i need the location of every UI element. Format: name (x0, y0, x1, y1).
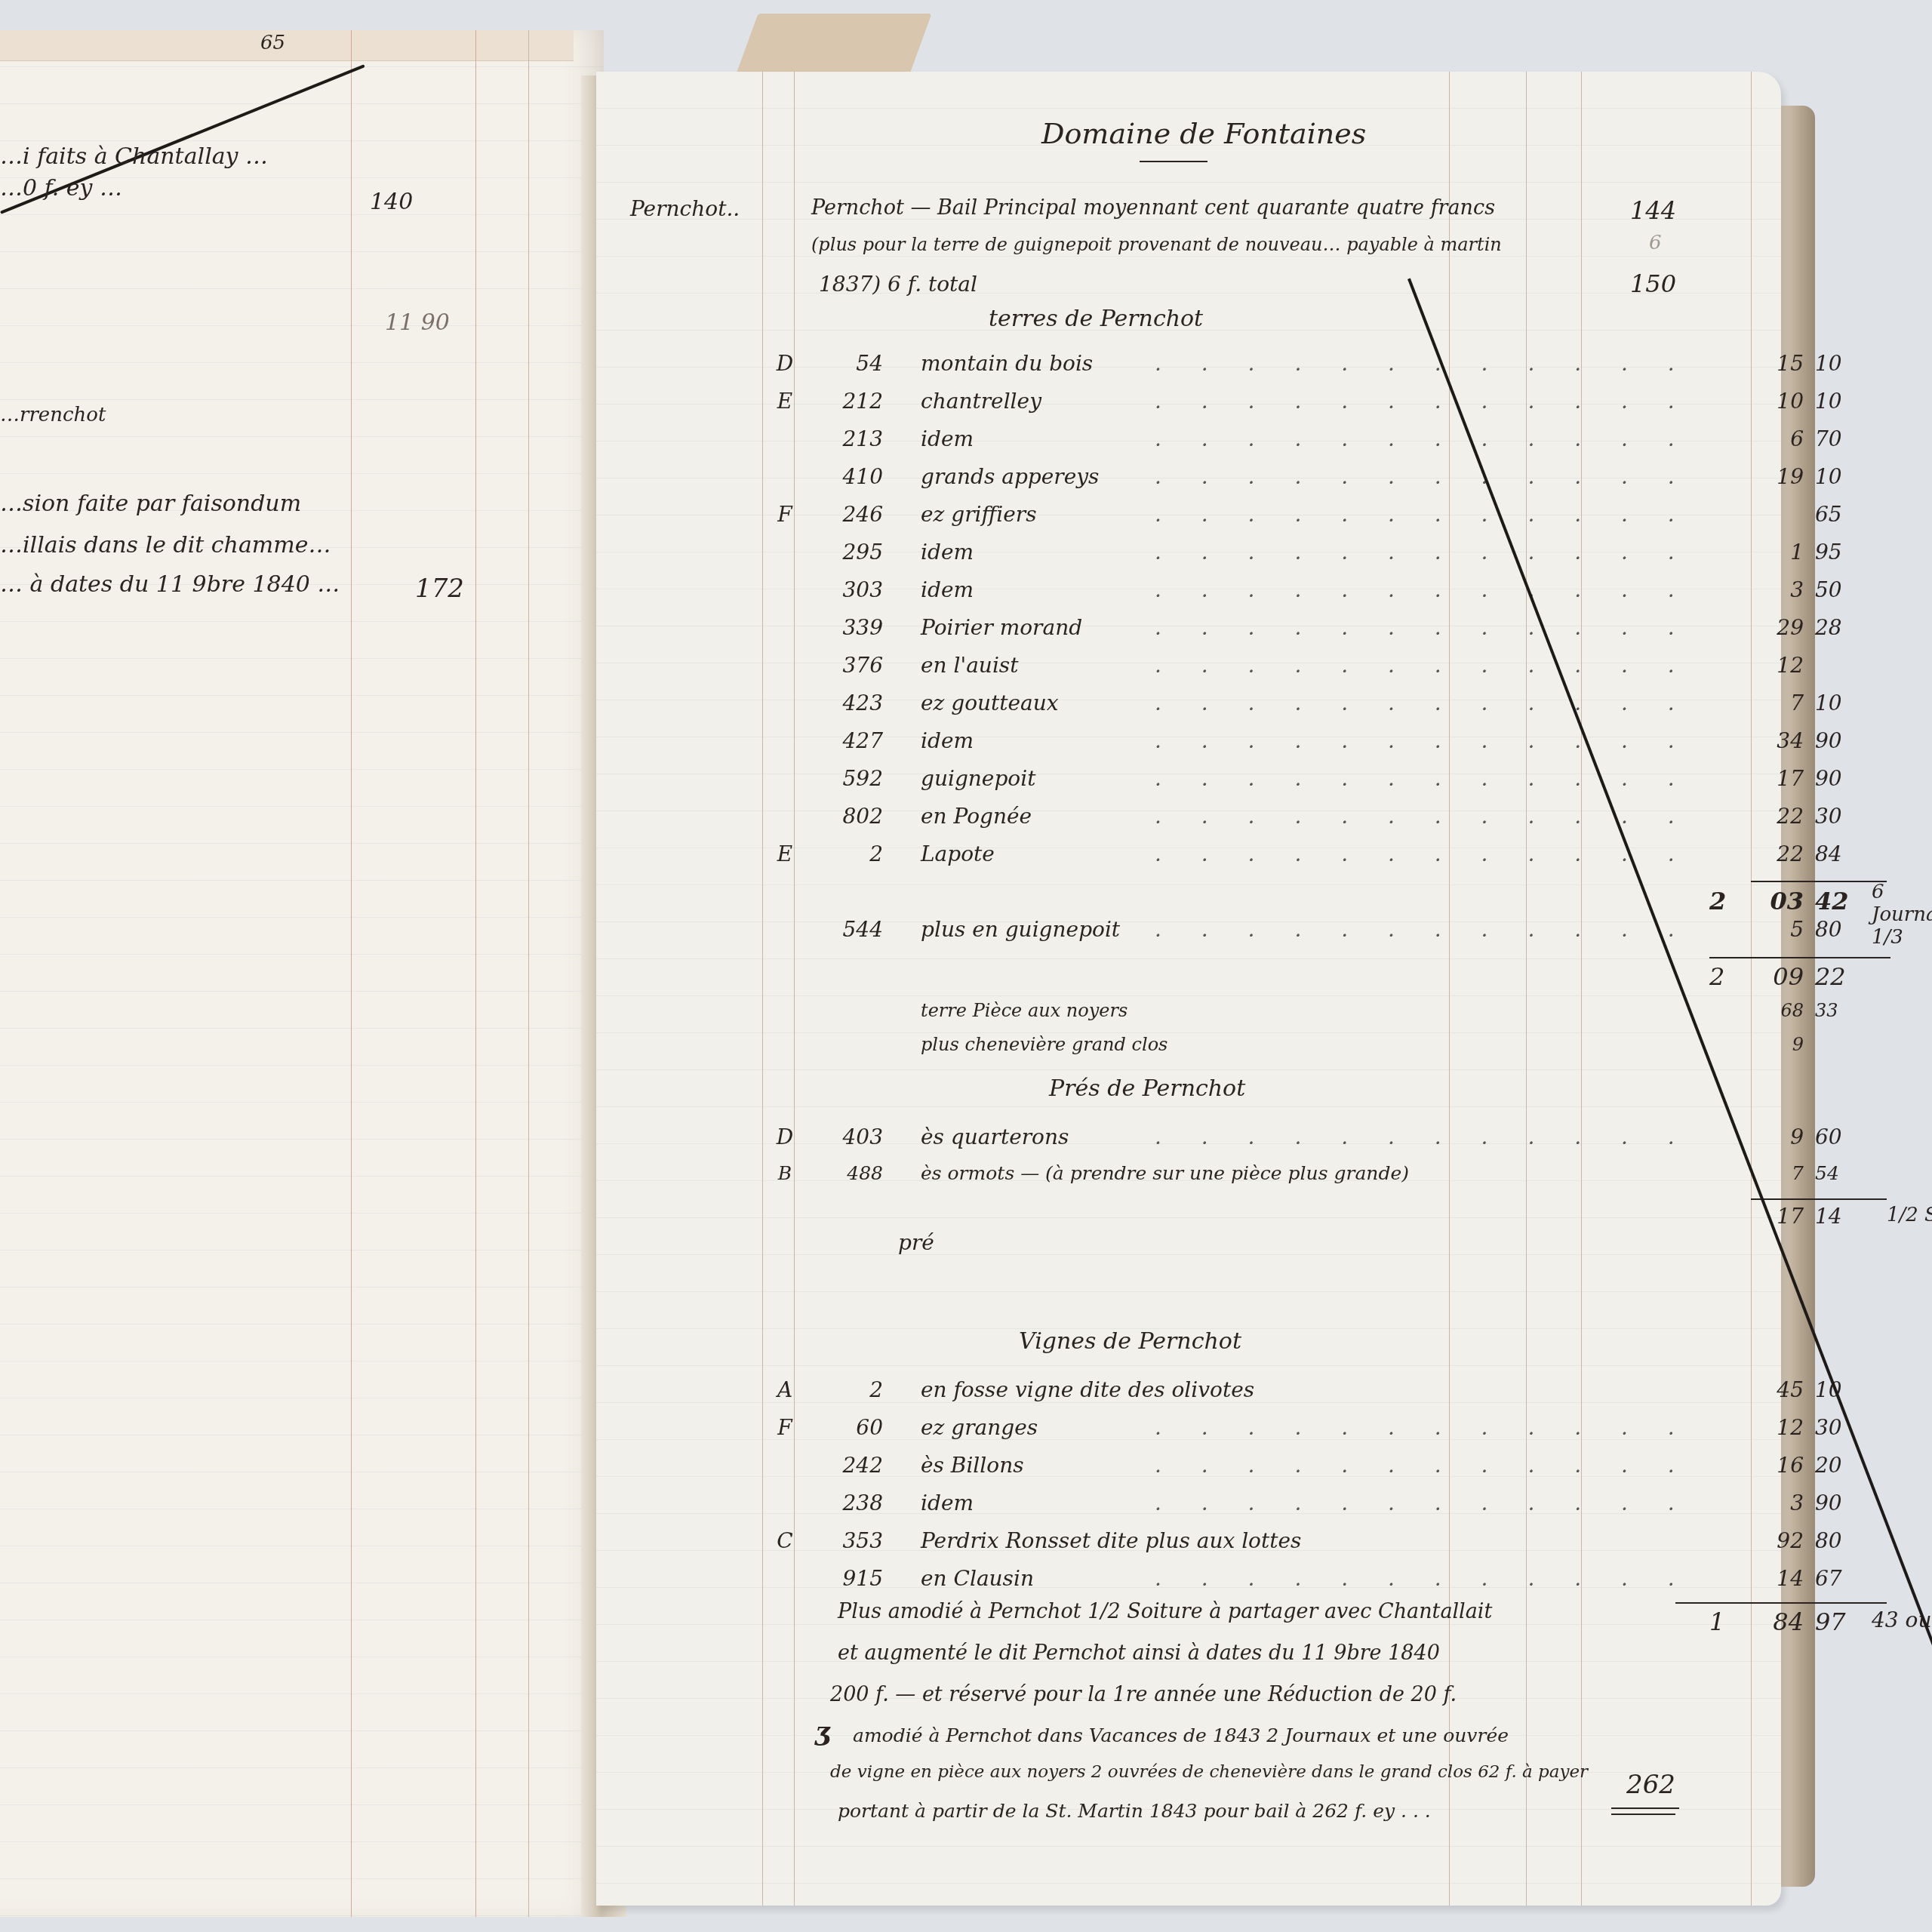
parcel-number: 403 (808, 1124, 883, 1149)
sum-rule (1709, 957, 1890, 958)
bail-amount-principal: 144 (1630, 196, 1676, 225)
title-underline (1140, 161, 1207, 162)
place-name: montain du bois (921, 351, 1093, 376)
place-name: idem (921, 577, 974, 602)
cents: 10 (1815, 389, 1860, 414)
francs: 12 (1743, 1415, 1804, 1440)
place-name: en l'auist (921, 653, 1018, 678)
section-letter: D (770, 351, 800, 376)
total-cents: 97 (1815, 1607, 1860, 1636)
closing-note-line: portant à partir de la St. Martin 1843 p… (838, 1800, 1431, 1822)
margin-rule (528, 30, 529, 1917)
place-name: ez granges (921, 1415, 1038, 1440)
extra-line-text: terre Pièce aux noyers (921, 1000, 1128, 1021)
left-text-line: …rrenchot (0, 404, 106, 426)
place-name: idem (921, 728, 974, 753)
francs: 10 (1743, 389, 1804, 414)
parcel-number: 544 (808, 917, 883, 942)
sum-rule (1675, 1602, 1887, 1604)
cents: 33 (1815, 1000, 1860, 1021)
cents: 60 (1815, 1124, 1860, 1149)
francs: 1 (1743, 540, 1804, 565)
left-amount: 140 (370, 189, 413, 215)
amount-column-rule (351, 30, 352, 1917)
leader-dots: . . . . . . . . . . . . . (1155, 653, 1698, 678)
sum-rule (1751, 881, 1887, 882)
francs: 12 (1743, 653, 1804, 678)
parcel-number: 353 (808, 1528, 883, 1553)
parcel-column-rule (794, 72, 795, 1906)
parcel-number: 410 (808, 464, 883, 489)
cents: 95 (1815, 540, 1860, 565)
leader-dots: . . . . . . . . . . . . . (1155, 389, 1698, 414)
place-name: idem (921, 426, 974, 451)
cents: 10 (1815, 464, 1860, 489)
final-total: 262 (1626, 1770, 1675, 1800)
parcel-number: 339 (808, 615, 883, 640)
closing-note-line: et augmenté le dit Pernchot ainsi à date… (838, 1641, 1440, 1665)
francs: 5 (1743, 917, 1804, 942)
place-name: plus en guignepoit (921, 917, 1120, 942)
francs: 9 (1743, 1124, 1804, 1149)
parcel-number: 242 (808, 1453, 883, 1478)
bail-line-2: (plus pour la terre de guignepoit proven… (811, 234, 1502, 255)
francs: 16 (1743, 1453, 1804, 1478)
total-hundreds: 1 (1709, 1607, 1724, 1636)
place-name: ès Billons (921, 1453, 1024, 1478)
left-page-header-strip: 65 (0, 30, 574, 61)
parcel-number: 54 (808, 351, 883, 376)
place-name: grands appereys (921, 464, 1099, 489)
left-page: 65 …i faits à Chantallay … …0 f. ey … …r… (0, 30, 604, 1917)
closing-note-line: 200 f. — et réservé pour la 1re année un… (830, 1683, 1457, 1706)
ruled-lines (596, 72, 1781, 1906)
section-letter: F (770, 1415, 800, 1440)
parcel-number: 2 (808, 1377, 883, 1402)
section-heading-pres: Prés de Pernchot (1049, 1075, 1245, 1102)
leader-dots: . . . . . . . . . . . . . (1155, 1453, 1698, 1478)
section-column-rule (762, 72, 763, 1906)
cents-column-rule (1526, 72, 1527, 1906)
cents: 28 (1815, 615, 1860, 640)
place-name: en Pognée (921, 804, 1032, 829)
cents: 10 (1815, 691, 1860, 715)
closing-note-line: de vigne en pièce aux noyers 2 ouvrées d… (830, 1762, 1588, 1782)
cents: 90 (1815, 728, 1860, 753)
francs: 22 (1743, 841, 1804, 866)
francs: 19 (1743, 464, 1804, 489)
parcel-number: 802 (808, 804, 883, 829)
leader-dots: . . . . . . . . . . . . . (1155, 766, 1698, 791)
total-hundreds: 2 (1709, 962, 1724, 991)
total-francs: 09 (1743, 962, 1804, 991)
place-name: Poirier morand (921, 615, 1082, 640)
left-amount: 172 (415, 574, 464, 604)
section-letter: E (770, 389, 800, 414)
francs: 9 (1743, 1034, 1804, 1055)
left-amount: 11 90 (385, 309, 450, 336)
francs: 17 (1743, 766, 1804, 791)
folio-number: 65 (260, 32, 285, 54)
subtotal-note: 6 Journaux 1/3 (1872, 881, 1932, 949)
sum-rule (1751, 1198, 1887, 1200)
section-letter: D (770, 1124, 800, 1149)
cents: 84 (1815, 841, 1860, 866)
place-name: chantrelley (921, 389, 1041, 414)
left-text-line: …illais dans le dit chamme… (0, 532, 331, 558)
leader-dots: . . . . . . . . . . . . . (1155, 1124, 1698, 1149)
francs: 6 (1743, 426, 1804, 451)
subtotal-francs: 03 (1743, 887, 1804, 915)
cents: 80 (1815, 917, 1860, 942)
leader-dots: . . . . . . . . . . . . . (1155, 351, 1698, 376)
left-text-line: …sion faite par faisondum (0, 491, 301, 517)
place-name: ès quarterons (921, 1124, 1069, 1149)
cents: 54 (1815, 1162, 1860, 1184)
closing-note-line: amodié à Pernchot dans Vacances de 1843 … (853, 1724, 1509, 1746)
parcel-number: 376 (808, 653, 883, 678)
margin-mark-icon: ʒ (815, 1717, 829, 1747)
section-letter: E (770, 841, 800, 866)
parcel-number: 295 (808, 540, 883, 565)
place-name: idem (921, 540, 974, 565)
leader-dots: . . . . . . . . . . . . . (1155, 728, 1698, 753)
francs: 68 (1743, 1000, 1804, 1021)
total-note: 1/2 Soiture (1887, 1204, 1932, 1226)
cents: 65 (1815, 502, 1860, 527)
ruled-lines (0, 30, 604, 1917)
francs: 45 (1743, 1377, 1804, 1402)
francs-column-rule (1449, 72, 1450, 1906)
margin-name: Pernchot.. (630, 196, 740, 221)
closing-note-line: Plus amodié à Pernchot 1/2 Soiture à par… (838, 1600, 1492, 1623)
left-text-line: … à dates du 11 9bre 1840 … (0, 571, 340, 598)
cents: 30 (1815, 804, 1860, 829)
bail-line-3: 1837) 6 f. total (819, 272, 977, 297)
leader-dots: . . . . . . . . . . . . . (1155, 464, 1698, 489)
cents: 70 (1815, 426, 1860, 451)
place-name: Perdrix Ronsset dite plus aux lottes (921, 1528, 1301, 1553)
francs: 29 (1743, 615, 1804, 640)
parcel-number: 592 (808, 766, 883, 791)
parcel-number: 303 (808, 577, 883, 602)
bail-line-1: Pernchot — Bail Principal moyennant cent… (811, 196, 1495, 220)
section-heading-vignes: Vignes de Pernchot (1019, 1328, 1241, 1355)
parcel-number: 213 (808, 426, 883, 451)
subtotal-cents: 42 (1815, 887, 1860, 915)
double-underline (1611, 1807, 1679, 1809)
leader-dots: . . . . . . . . . . . . . (1155, 426, 1698, 451)
page-title: Domaine de Fontaines (1041, 117, 1366, 150)
francs: 22 (1743, 804, 1804, 829)
total-cents: 22 (1815, 962, 1860, 991)
place-name: en fosse vigne dite des olivotes (921, 1377, 1254, 1402)
amount-column-rule (475, 30, 476, 1917)
leader-dots: . . . . . . . . . . . . . (1155, 1566, 1698, 1591)
subtotal-hundreds: 2 (1709, 887, 1726, 915)
francs: 14 (1743, 1566, 1804, 1591)
leader-dots: . . . . . . . . . . . . . (1155, 615, 1698, 640)
left-text-line: …i faits à Chantallay … (0, 143, 268, 170)
parcel-number: 423 (808, 691, 883, 715)
cents: 90 (1815, 1491, 1860, 1515)
right-page: Domaine de Fontaines Pernchot.. Pernchot… (596, 72, 1781, 1906)
section-letter: B (770, 1162, 800, 1184)
cents: 10 (1815, 351, 1860, 376)
place-name: ez griffiers (921, 502, 1037, 527)
notes-column-rule (1581, 72, 1582, 1906)
aside-pre: pré (898, 1230, 934, 1255)
total-francs: 84 (1743, 1607, 1804, 1636)
left-text-line: …0 f. ey … (0, 175, 122, 202)
leader-dots: . . . . . . . . . . . . . (1155, 841, 1698, 866)
parcel-number: 246 (808, 502, 883, 527)
parcel-number: 915 (808, 1566, 883, 1591)
place-name: ès ormots — (à prendre sur une pièce plu… (921, 1162, 1409, 1184)
section-heading-terres: terres de Pernchot (989, 306, 1203, 332)
double-underline (1611, 1814, 1675, 1815)
francs: 7 (1743, 691, 1804, 715)
extra-line-text: plus chenevière grand clos (921, 1034, 1168, 1055)
cents: 20 (1815, 1453, 1860, 1478)
torn-page-flap (736, 14, 931, 74)
section-letter: C (770, 1528, 800, 1553)
section-letter: A (770, 1377, 800, 1402)
bail-amount-total: 150 (1630, 269, 1676, 298)
leader-dots: . . . . . . . . . . . . . (1155, 540, 1698, 565)
francs: 92 (1743, 1528, 1804, 1553)
parcel-number: 238 (808, 1491, 883, 1515)
place-name: ez goutteaux (921, 691, 1059, 715)
leader-dots: . . . . . . . . . . . . . (1155, 1415, 1698, 1440)
leader-dots: . . . . . . . . . . . . . (1155, 577, 1698, 602)
parcel-number: 212 (808, 389, 883, 414)
cents: 80 (1815, 1528, 1860, 1553)
place-name: guignepoit (921, 766, 1035, 791)
cents: 67 (1815, 1566, 1860, 1591)
place-name: en Clausin (921, 1566, 1034, 1591)
francs: 15 (1743, 351, 1804, 376)
total-cents: 14 (1815, 1204, 1860, 1229)
leader-dots: . . . . . . . . . . . . . (1155, 917, 1698, 942)
section-letter: F (770, 502, 800, 527)
parcel-number: 427 (808, 728, 883, 753)
place-name: idem (921, 1491, 974, 1515)
parcel-number: 488 (808, 1162, 883, 1184)
leader-dots: . . . . . . . . . . . . . (1155, 1491, 1698, 1515)
parcel-number: 60 (808, 1415, 883, 1440)
cents: 50 (1815, 577, 1860, 602)
parcel-number: 2 (808, 841, 883, 866)
leader-dots: . . . . . . . . . . . . . (1155, 502, 1698, 527)
francs: 3 (1743, 577, 1804, 602)
bail-amount-extra: 6 (1649, 232, 1662, 254)
leader-dots: . . . . . . . . . . . . . (1155, 691, 1698, 715)
francs: 3 (1743, 1491, 1804, 1515)
francs: 34 (1743, 728, 1804, 753)
place-name: Lapote (921, 841, 995, 866)
cents: 90 (1815, 766, 1860, 791)
